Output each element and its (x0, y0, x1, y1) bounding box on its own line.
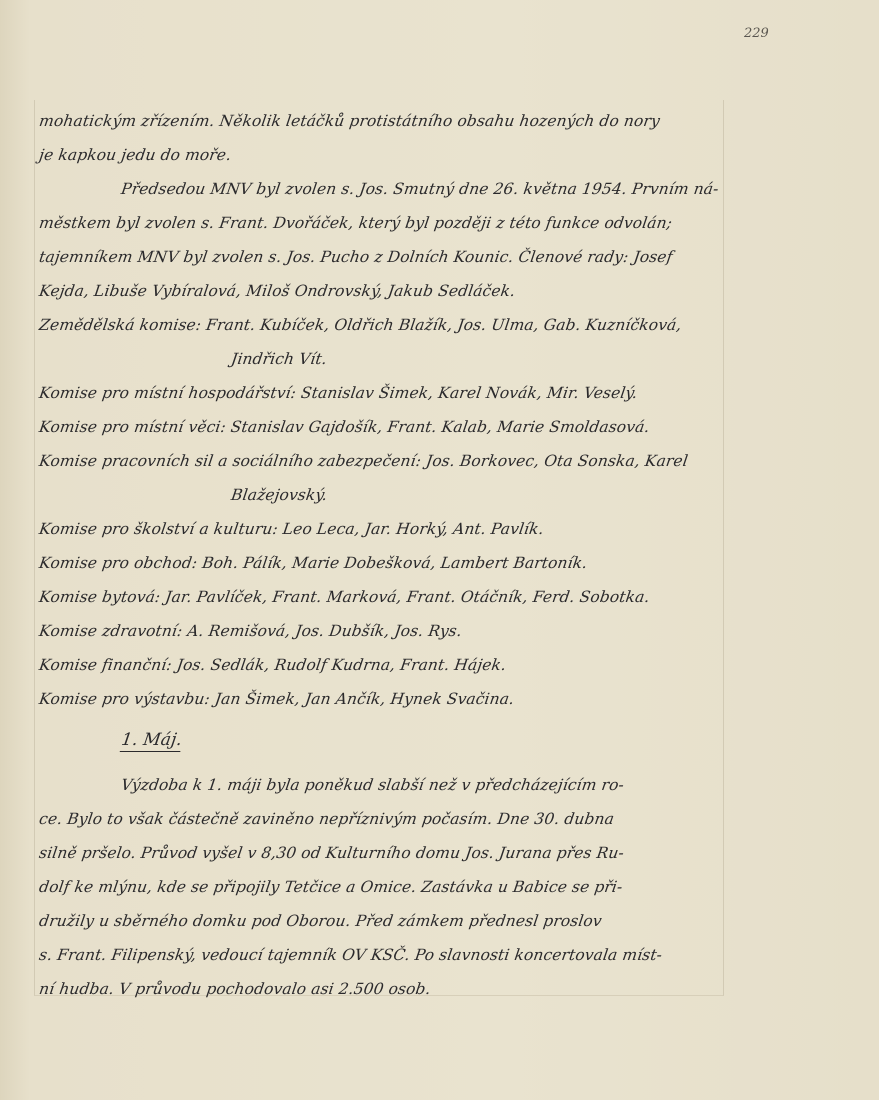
text-line: Předsedou MNV byl zvolen s. Jos. Smutný … (120, 180, 720, 198)
text-line: je kapkou jedu do moře. (38, 146, 232, 164)
text-line: ce. Bylo to však částečně zaviněno nepří… (38, 810, 615, 828)
text-line: městkem byl zvolen s. Frant. Dvořáček, k… (38, 214, 673, 232)
text-line: ní hudba. V průvodu pochodovalo asi 2.50… (38, 980, 432, 998)
text-line: Blažejovský. (230, 486, 329, 504)
text-line: Jindřich Vít. (230, 350, 328, 368)
text-line: Komise pro výstavbu: Jan Šimek, Jan Ančí… (38, 690, 515, 708)
text-line: Komise pro místní hospodářství: Stanisla… (38, 384, 639, 402)
section-heading: 1. Máj. (120, 730, 183, 750)
text-line: silně pršelo. Průvod vyšel v 8,30 od Kul… (38, 844, 625, 862)
text-line: mohatickým zřízením. Několik letáčků pro… (38, 112, 661, 130)
text-line: Výzdoba k 1. máji byla poněkud slabší ne… (120, 776, 625, 794)
text-line: Komise pro školství a kulturu: Leo Leca,… (38, 520, 545, 538)
text-line: Kejda, Libuše Vybíralová, Miloš Ondrovsk… (38, 282, 516, 300)
text-line: Komise pro obchod: Boh. Pálík, Marie Dob… (38, 554, 589, 572)
text-line: družily u sběrného domku pod Oborou. Pře… (38, 912, 603, 930)
text-line: s. Frant. Filipenský, vedoucí tajemník O… (38, 946, 663, 964)
text-line: tajemníkem MNV byl zvolen s. Jos. Pucho … (38, 248, 674, 266)
text-line: dolf ke mlýnu, kde se připojily Tetčice … (38, 878, 624, 896)
text-line: Zemědělská komise: Frant. Kubíček, Oldři… (38, 316, 683, 334)
text-line: Komise pracovních sil a sociálního zabez… (38, 452, 689, 470)
text-line: Komise zdravotní: A. Remišová, Jos. Dubš… (38, 622, 463, 640)
text-line: Komise finanční: Jos. Sedlák, Rudolf Kud… (38, 656, 507, 674)
page-number: 229 (744, 26, 769, 41)
chronicle-page: 229 mohatickým zřízením. Několik letáčků… (0, 0, 879, 1100)
text-line: Komise pro místní věci: Stanislav Gajdoš… (38, 418, 651, 436)
text-line: Komise bytová: Jar. Pavlíček, Frant. Mar… (38, 588, 651, 606)
